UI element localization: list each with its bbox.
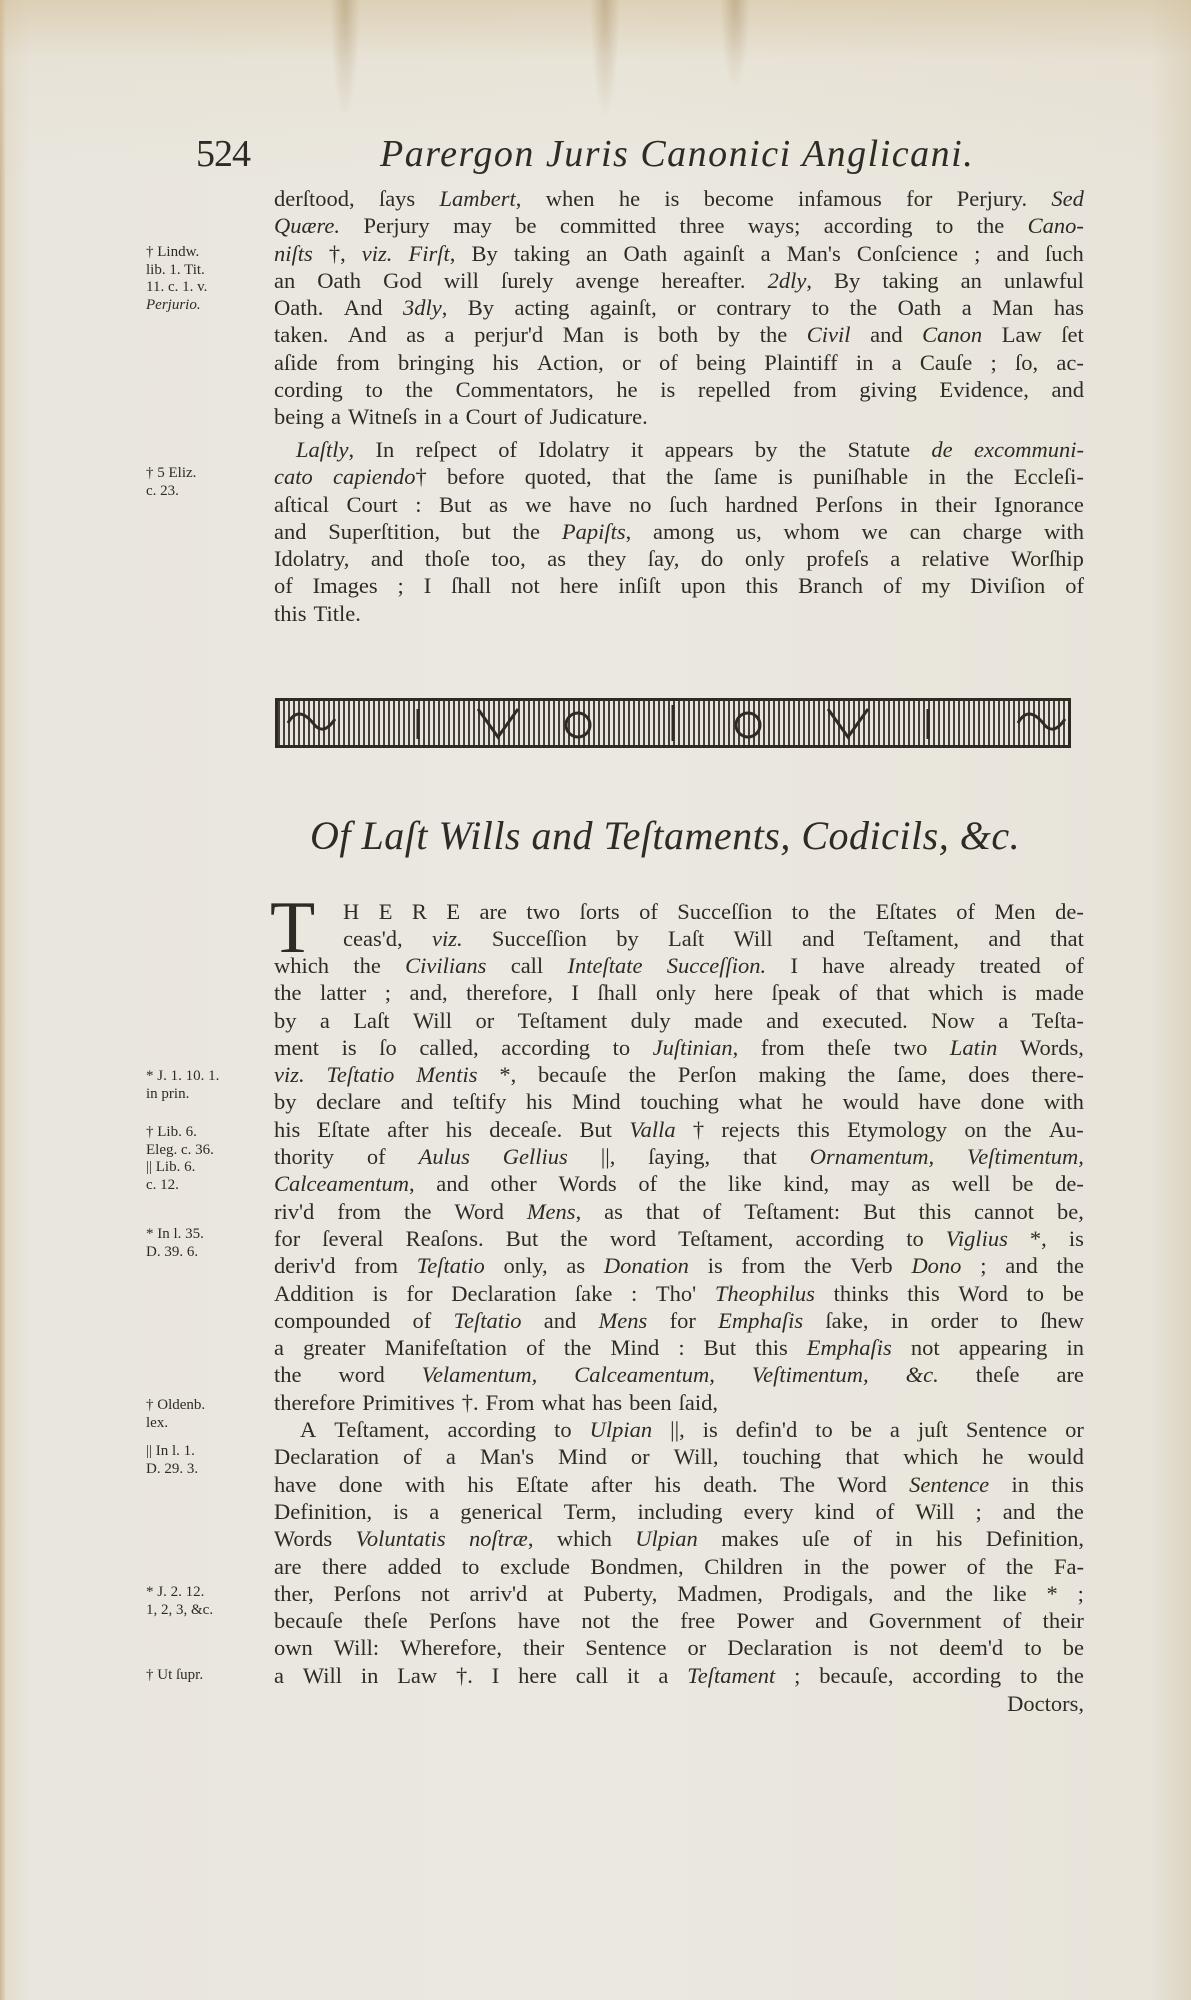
word: which bbox=[928, 979, 983, 1006]
word: &c. bbox=[906, 1361, 939, 1388]
word: ac- bbox=[1056, 349, 1083, 376]
text-line: becauſetheſePerſonshavenotthefreePoweran… bbox=[274, 1607, 1084, 1634]
word: with bbox=[405, 1471, 445, 1498]
word: viz. bbox=[432, 925, 463, 952]
word: ways; bbox=[748, 212, 801, 239]
word: Mind bbox=[610, 1334, 659, 1361]
word: But bbox=[704, 1334, 737, 1361]
word: been bbox=[629, 1389, 671, 1416]
word: avenge bbox=[575, 267, 639, 294]
word: Title. bbox=[314, 600, 361, 627]
margin-note: || In l. 1.D. 29. 3. bbox=[146, 1443, 266, 1478]
word: Commentators, bbox=[456, 376, 594, 403]
word: in bbox=[361, 1662, 379, 1689]
word: Juſtinian, bbox=[653, 1034, 739, 1061]
word: only bbox=[656, 979, 696, 1006]
word: and bbox=[815, 1607, 848, 1634]
word: the bbox=[1006, 1553, 1034, 1580]
word: have bbox=[822, 952, 864, 979]
word: Definition, bbox=[986, 1525, 1084, 1552]
word: appearing bbox=[959, 1334, 1048, 1361]
word: in bbox=[1066, 1334, 1084, 1361]
word: he bbox=[982, 1443, 1003, 1470]
word: † bbox=[693, 1116, 704, 1143]
word: Civilians bbox=[405, 952, 486, 979]
word: Prodigals, bbox=[783, 1580, 874, 1607]
word: Images bbox=[313, 572, 378, 599]
word: this bbox=[1051, 1471, 1084, 1498]
word: taken. bbox=[274, 321, 328, 348]
section-title: Of Laſt Wills and Teſtaments, Codicils, … bbox=[310, 812, 1020, 859]
word: that bbox=[612, 463, 646, 490]
word: he bbox=[619, 185, 640, 212]
word: the bbox=[404, 1198, 432, 1225]
word: Oath bbox=[898, 294, 942, 321]
word: is bbox=[778, 463, 793, 490]
word: and bbox=[988, 925, 1021, 952]
paragraph-idolatry: Laſtly,InreſpectofIdolatryitappearsbythe… bbox=[274, 436, 1084, 627]
word: this bbox=[797, 1116, 830, 1143]
word: that bbox=[646, 1198, 680, 1225]
word: of bbox=[524, 403, 543, 430]
margin-note-line: † Ut ſupr. bbox=[146, 1667, 266, 1685]
word: Law bbox=[1002, 321, 1042, 348]
word: according bbox=[795, 1225, 884, 1252]
word: own bbox=[274, 1634, 313, 1661]
word: after bbox=[387, 1116, 428, 1143]
word: his bbox=[936, 1525, 962, 1552]
word: Tho' bbox=[656, 1280, 696, 1307]
word: two bbox=[526, 898, 560, 925]
word: †, bbox=[329, 240, 346, 267]
word: cording bbox=[274, 376, 343, 403]
word: whom bbox=[784, 518, 840, 545]
word: E bbox=[446, 898, 460, 925]
word: of bbox=[639, 898, 658, 925]
word: theſe bbox=[364, 1607, 408, 1634]
word: their bbox=[1043, 1607, 1084, 1634]
margin-note-line: lib. 1. Tit. bbox=[146, 262, 266, 280]
word: Words, bbox=[1020, 1034, 1084, 1061]
word: ſorts bbox=[580, 898, 620, 925]
margin-note-line: 1, 2, 3, &c. bbox=[146, 1602, 266, 1620]
word: ſurely bbox=[501, 267, 553, 294]
word: have bbox=[518, 1607, 560, 1634]
word: the bbox=[848, 1061, 876, 1088]
word: Man bbox=[992, 294, 1033, 321]
word: Teſtament, bbox=[334, 1416, 429, 1443]
text-line: ownWill:Wherefore,theirSentenceorDeclara… bbox=[274, 1634, 1084, 1661]
word: a bbox=[449, 403, 459, 430]
word: of bbox=[274, 572, 293, 599]
word: after bbox=[591, 1471, 632, 1498]
word: be bbox=[851, 1416, 872, 1443]
word: may bbox=[851, 1170, 890, 1197]
word: already bbox=[889, 952, 955, 979]
margin-note-line: † Lindw. bbox=[146, 244, 266, 262]
word: Reaſons. bbox=[406, 1225, 484, 1252]
word: Succeſſion bbox=[492, 925, 587, 952]
word: Eſtates bbox=[876, 898, 937, 925]
word: a bbox=[962, 294, 972, 321]
word: a bbox=[320, 1007, 330, 1034]
word: would bbox=[1028, 1443, 1084, 1470]
word: declare bbox=[316, 1088, 381, 1115]
word: Etymology bbox=[847, 1116, 947, 1143]
word: but bbox=[462, 518, 491, 545]
word: Plaintiff bbox=[764, 349, 837, 376]
word: touching bbox=[640, 1088, 719, 1115]
word: the bbox=[560, 1225, 588, 1252]
word: By bbox=[471, 240, 497, 267]
word: Veſtimentum, bbox=[752, 1361, 869, 1388]
text-line: anOathGodwillſurelyavengehereafter.2dly,… bbox=[274, 267, 1084, 294]
word: a bbox=[998, 1007, 1008, 1034]
word: duly bbox=[631, 1007, 671, 1034]
word: Wherefore, bbox=[400, 1634, 502, 1661]
word: Sentence bbox=[585, 1634, 666, 1661]
word: And bbox=[348, 321, 387, 348]
word: before bbox=[447, 463, 504, 490]
word: compounded bbox=[274, 1307, 390, 1334]
word: that bbox=[1050, 925, 1084, 952]
word: his bbox=[492, 349, 518, 376]
word: a bbox=[429, 1498, 439, 1525]
word: here bbox=[714, 979, 753, 1006]
word: a bbox=[761, 240, 771, 267]
word: made bbox=[694, 1007, 743, 1034]
word: Man's bbox=[787, 240, 841, 267]
text-line: Idolatry,andthoſetoo,astheyſay,doonlypro… bbox=[274, 545, 1084, 572]
word: which bbox=[903, 1443, 958, 1470]
word: ſame, bbox=[897, 1061, 946, 1088]
word: of bbox=[883, 572, 902, 599]
word: that bbox=[743, 1143, 777, 1170]
word: not bbox=[421, 1580, 450, 1607]
word: But bbox=[863, 1198, 896, 1225]
word: to bbox=[1024, 1634, 1042, 1661]
word: for bbox=[670, 1307, 696, 1334]
word: ||, bbox=[670, 1416, 685, 1443]
word: in bbox=[891, 1307, 909, 1334]
word: Word bbox=[958, 1280, 1007, 1307]
word: is bbox=[708, 1252, 723, 1279]
word: : bbox=[415, 491, 421, 518]
word: defin'd bbox=[736, 1416, 798, 1443]
word: becauſe bbox=[274, 1607, 343, 1634]
word: But bbox=[506, 1225, 539, 1252]
word: Aulus bbox=[419, 1143, 470, 1170]
margin-note-line: c. 12. bbox=[146, 1177, 266, 1195]
word: reſpect bbox=[416, 436, 477, 463]
word: Gellius bbox=[503, 1143, 568, 1170]
word: therefore, bbox=[466, 979, 553, 1006]
word: including bbox=[638, 1498, 723, 1525]
word: aſide bbox=[274, 349, 318, 376]
word: word bbox=[610, 1225, 656, 1252]
word: Calceamentum, bbox=[574, 1361, 715, 1388]
word: Ulpian bbox=[590, 1416, 653, 1443]
word: ſpeak bbox=[772, 979, 821, 1006]
word: makes bbox=[721, 1525, 778, 1552]
catchword-line: Doctors, bbox=[274, 1690, 1084, 1717]
word: a bbox=[274, 1662, 284, 1689]
word: the bbox=[804, 1252, 832, 1279]
word: and bbox=[544, 1307, 577, 1334]
word: ſays bbox=[379, 185, 415, 212]
word: there bbox=[322, 1553, 367, 1580]
word: Will bbox=[413, 1007, 452, 1034]
foxing-stain bbox=[590, 0, 620, 120]
word: is bbox=[342, 1034, 357, 1061]
text-line: WordsVoluntatisnoſtræ,whichUlpianmakesuſ… bbox=[274, 1525, 1084, 1552]
word: Mens, bbox=[527, 1198, 581, 1225]
word: is bbox=[703, 1416, 718, 1443]
word: this bbox=[907, 1280, 940, 1307]
text-line: viz.TeſtatioMentis*,becauſethePerſonmaki… bbox=[274, 1061, 1084, 1088]
word: ſhall bbox=[597, 979, 637, 1006]
word: when bbox=[546, 185, 595, 212]
word: will bbox=[444, 267, 479, 294]
headpiece-ornament bbox=[275, 698, 1071, 748]
word: to bbox=[792, 898, 810, 925]
word: appears bbox=[665, 436, 734, 463]
text-line: bydeclareandteſtifyhisMindtouchingwhathe… bbox=[274, 1088, 1084, 1115]
word: The bbox=[780, 1471, 815, 1498]
margin-note: * In l. 35.D. 39. 6. bbox=[146, 1226, 266, 1261]
word: Civil bbox=[807, 321, 851, 348]
word: would bbox=[843, 1088, 899, 1115]
text-line: thereforePrimitives†.Fromwhathasbeenſaid… bbox=[274, 1389, 1084, 1416]
word: bringing bbox=[398, 349, 474, 376]
text-line: compoundedofTeſtatioandMensforEmphaſisſa… bbox=[274, 1307, 1084, 1334]
word: his bbox=[526, 1088, 552, 1115]
word: the bbox=[977, 212, 1005, 239]
word: Sentence bbox=[966, 1416, 1047, 1443]
word: Diviſion bbox=[970, 572, 1045, 599]
word: order bbox=[931, 1307, 978, 1334]
word: with bbox=[1044, 1088, 1084, 1115]
word: of bbox=[703, 1198, 722, 1225]
word: ſhew bbox=[1040, 1307, 1084, 1334]
word: a bbox=[892, 349, 902, 376]
word: Emphaſis bbox=[807, 1334, 892, 1361]
word: greater bbox=[303, 1334, 365, 1361]
word: my bbox=[922, 572, 951, 599]
word: theſe bbox=[827, 1034, 871, 1061]
word: Word bbox=[837, 1471, 886, 1498]
word: inſiſt bbox=[618, 572, 661, 599]
word: Words bbox=[558, 1170, 616, 1197]
word: Addition bbox=[274, 1280, 354, 1307]
word: becauſe, bbox=[819, 1662, 893, 1689]
word: Mens bbox=[599, 1307, 648, 1334]
word: of bbox=[1065, 572, 1084, 599]
word: de bbox=[931, 436, 952, 463]
word: from bbox=[793, 376, 837, 403]
word: the bbox=[946, 1580, 974, 1607]
word: have bbox=[919, 1088, 961, 1115]
word: this bbox=[274, 600, 307, 627]
margin-note-line: in prin. bbox=[146, 1086, 266, 1104]
word: what bbox=[739, 1088, 783, 1115]
text-line: mentisſocalled,accordingtoJuſtinian,from… bbox=[274, 1034, 1084, 1061]
word: and bbox=[371, 545, 404, 572]
word: Perjury bbox=[363, 212, 429, 239]
word: Teſtament bbox=[518, 1007, 608, 1034]
word: de- bbox=[1055, 898, 1084, 925]
word: the bbox=[274, 979, 302, 1006]
word: Branch bbox=[798, 572, 863, 599]
margin-note-line: 11. c. 1. v. bbox=[146, 279, 266, 297]
word: By bbox=[468, 294, 494, 321]
text-line: aWillinLaw†.IherecallitaTeſtament;becauſ… bbox=[274, 1662, 1084, 1689]
word: as bbox=[566, 1252, 585, 1279]
word: is bbox=[664, 185, 679, 212]
word: deriv'd bbox=[274, 1252, 336, 1279]
word: here bbox=[560, 572, 599, 599]
word: Oath bbox=[623, 240, 667, 267]
word: us, bbox=[736, 518, 762, 545]
word: But bbox=[580, 1116, 613, 1143]
word: Veſtimentum, bbox=[967, 1143, 1084, 1170]
word: * bbox=[1046, 1580, 1057, 1607]
word: that bbox=[845, 1443, 879, 1470]
word: deceaſe. bbox=[489, 1116, 562, 1143]
word: E bbox=[379, 898, 393, 925]
margin-note-line: || Lib. 6. bbox=[146, 1159, 266, 1177]
word: Teſtatio bbox=[417, 1252, 485, 1279]
margin-note-line: * J. 1. 10. 1. bbox=[146, 1068, 266, 1086]
word: Lambert, bbox=[440, 185, 522, 212]
margin-note: † Lindw.lib. 1. Tit.11. c. 1. v.Perjurio… bbox=[146, 244, 266, 314]
word: Teſtatio bbox=[326, 1061, 394, 1088]
word: touching bbox=[743, 1443, 822, 1470]
word: Succeſſion. bbox=[667, 952, 766, 979]
word: Inteſtate bbox=[568, 952, 643, 979]
word: of bbox=[413, 1307, 432, 1334]
word: to bbox=[936, 212, 954, 239]
word: the bbox=[513, 518, 541, 545]
word: of bbox=[839, 979, 858, 1006]
word: I bbox=[424, 572, 432, 599]
word: which bbox=[274, 952, 329, 979]
margin-note: † Lib. 6.Eleg. c. 36.|| Lib. 6.c. 12. bbox=[146, 1124, 266, 1194]
word: in bbox=[424, 403, 442, 430]
word: thoſe bbox=[425, 545, 470, 572]
word: I bbox=[571, 979, 579, 1006]
word: and bbox=[1003, 1498, 1036, 1525]
word: here bbox=[518, 1662, 557, 1689]
word: the bbox=[760, 321, 788, 348]
word: executed. bbox=[822, 1007, 908, 1034]
word: other bbox=[491, 1170, 537, 1197]
word: call bbox=[511, 952, 543, 979]
word: Mentis bbox=[416, 1061, 477, 1088]
word: Eccleſi- bbox=[1014, 463, 1084, 490]
word: be bbox=[1063, 1634, 1084, 1661]
word: and, bbox=[409, 979, 447, 1006]
margin-note-line: c. 23. bbox=[146, 483, 266, 501]
margin-note: † Ut ſupr. bbox=[146, 1667, 266, 1685]
word: have bbox=[274, 1471, 316, 1498]
word: Men bbox=[994, 898, 1035, 925]
word: has bbox=[592, 1389, 622, 1416]
word: has bbox=[1054, 294, 1084, 321]
word: the bbox=[406, 376, 434, 403]
word: the bbox=[799, 436, 827, 463]
word: the bbox=[966, 463, 994, 490]
word: ſuch bbox=[1045, 240, 1084, 267]
word: againſt, bbox=[590, 294, 657, 321]
word: the bbox=[666, 463, 694, 490]
word: to bbox=[1027, 1280, 1045, 1307]
word: in bbox=[856, 349, 874, 376]
word: Eſtate bbox=[516, 1471, 568, 1498]
word: are bbox=[274, 1553, 301, 1580]
word: Idolatry bbox=[538, 436, 609, 463]
word: be bbox=[515, 212, 536, 239]
word: cato bbox=[274, 463, 313, 490]
word: Ulpian bbox=[635, 1525, 698, 1552]
word: *, bbox=[1030, 1225, 1047, 1252]
word: no bbox=[629, 491, 652, 518]
word: Laſtly, bbox=[296, 436, 354, 463]
word: R bbox=[412, 898, 427, 925]
word: hereafter. bbox=[661, 267, 745, 294]
word: treated bbox=[980, 952, 1041, 979]
word: ſaid, bbox=[679, 1389, 718, 1416]
word: the bbox=[629, 1061, 657, 1088]
word: a bbox=[890, 1416, 900, 1443]
word: in bbox=[1012, 1471, 1030, 1498]
word: taking bbox=[514, 240, 570, 267]
word: ; bbox=[385, 979, 391, 1006]
word: Perſons bbox=[334, 1580, 402, 1607]
word: excommuni- bbox=[974, 436, 1084, 463]
word: Teſtatio bbox=[454, 1307, 522, 1334]
word: is bbox=[853, 1634, 868, 1661]
word: uſe bbox=[802, 1525, 830, 1552]
word: Verb bbox=[850, 1252, 892, 1279]
margin-note-line: lex. bbox=[146, 1415, 266, 1433]
margin-note: * J. 2. 12.1, 2, 3, &c. bbox=[146, 1584, 266, 1619]
word: Definition, bbox=[274, 1498, 372, 1525]
word: and bbox=[436, 1170, 469, 1197]
word: Idolatry, bbox=[274, 545, 349, 572]
word: Teſtament: bbox=[744, 1198, 840, 1225]
word: an bbox=[961, 267, 982, 294]
word: Laſt bbox=[668, 925, 704, 952]
word: ; bbox=[794, 1662, 800, 1689]
word: from bbox=[337, 1198, 381, 1225]
word: to bbox=[815, 1416, 833, 1443]
margin-note-line: * J. 2. 12. bbox=[146, 1584, 266, 1602]
word: kind bbox=[815, 1498, 855, 1525]
word: in bbox=[895, 1525, 913, 1552]
word: juſt bbox=[918, 1416, 948, 1443]
word: of bbox=[956, 898, 975, 925]
word: In bbox=[376, 436, 395, 463]
word: Ignorance bbox=[994, 491, 1084, 518]
text-line: thisTitle. bbox=[274, 600, 1084, 627]
word: profeſs bbox=[806, 545, 868, 572]
word: giving bbox=[859, 376, 917, 403]
word: noſtræ, bbox=[469, 1525, 533, 1552]
word: Man bbox=[563, 321, 604, 348]
word: to bbox=[613, 1034, 631, 1061]
margin-note-line: D. 29. 3. bbox=[146, 1461, 266, 1479]
